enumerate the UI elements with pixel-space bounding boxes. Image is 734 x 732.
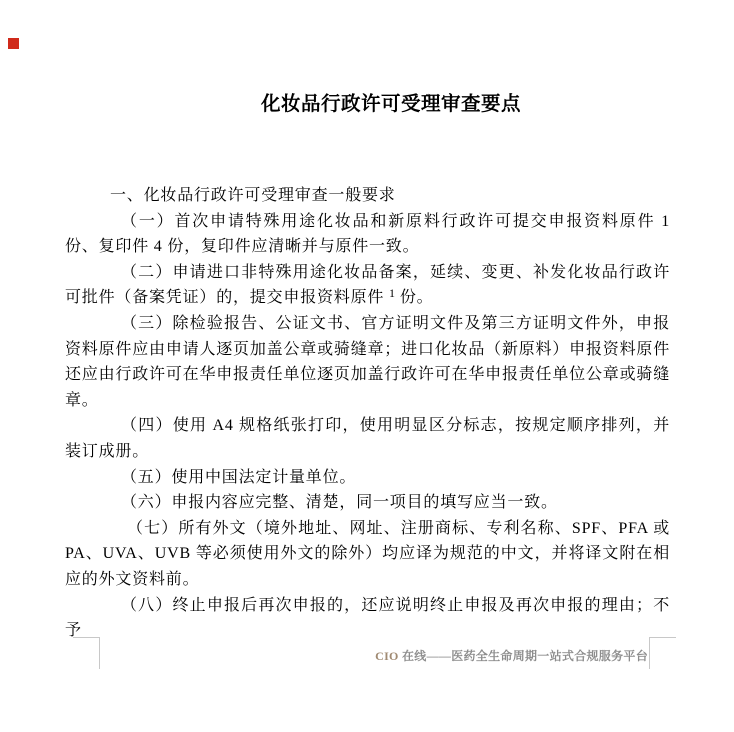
paragraph-7: （七）所有外文（境外地址、网址、注册商标、专利名称、SPF、PFA 或 PA、U… [65,516,670,593]
paragraph-2-text: （二）申请进口非特殊用途化妆品备案，延续、变更、补发化妆品行政许可批件（备案凭证… [65,264,670,307]
document-title: 化妆品行政许可受理审查要点 [0,0,734,118]
paragraph-2: （二）申请进口非特殊用途化妆品备案，延续、变更、补发化妆品行政许可批件（备案凭证… [65,260,670,311]
left-margin-mark [73,637,100,669]
footer-brand: CIO [375,649,399,663]
paragraph-5: （五）使用中国法定计量单位。 [65,465,670,491]
document-body: 一、化妆品行政许可受理审查一般要求 （一）首次申请特殊用途化妆品和新原料行政许可… [65,183,670,644]
footer-text: 在线——医药全生命周期一站式合规服务平台 [399,649,648,663]
right-margin-mark [649,637,676,669]
paragraph-8: （八）终止申报后再次申报的，还应说明终止申报及再次申报的理由；不予 [65,593,670,644]
paragraph-6: （六）申报内容应完整、清楚，同一项目的填写应当一致。 [65,490,670,516]
paragraph-3: （三）除检验报告、公证文书、官方证明文件及第三方证明文件外，申报资料原件应由申请… [65,311,670,413]
footer: CIO 在线——医药全生命周期一站式合规服务平台 [375,648,648,664]
section-heading: 一、化妆品行政许可受理审查一般要求 [65,183,670,209]
paragraph-1: （一）首次申请特殊用途化妆品和新原料行政许可提交申报资料原件 1 份、复印件 4… [65,209,670,260]
paragraph-2-tail: 份。 [395,289,433,306]
paragraph-4: （四）使用 A4 规格纸张打印，使用明显区分标志，按规定顺序排列，并装订成册。 [65,413,670,464]
red-marker [8,38,19,49]
document-page: 化妆品行政许可受理审查要点 一、化妆品行政许可受理审查一般要求 （一）首次申请特… [0,0,734,732]
